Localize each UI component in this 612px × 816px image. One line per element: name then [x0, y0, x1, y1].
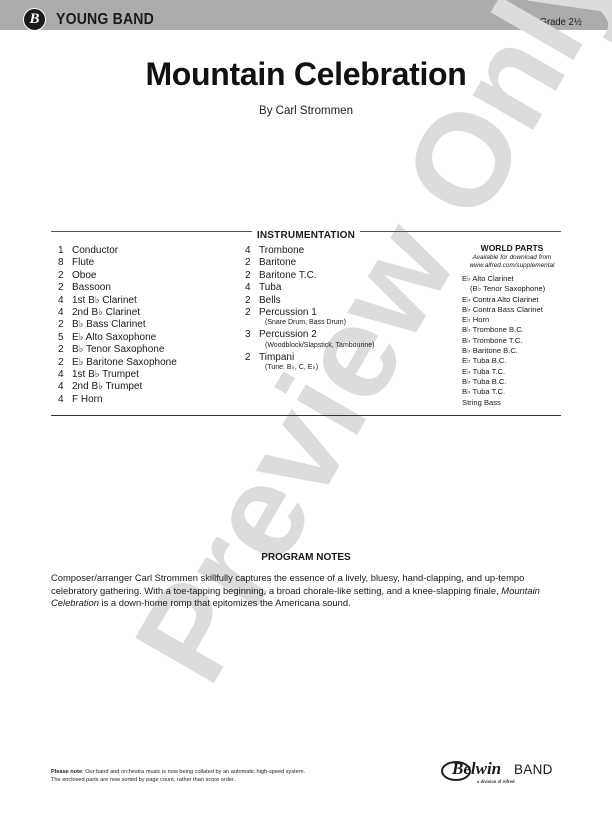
belwin-logo-icon: B — [23, 8, 46, 31]
collation-footnote: Please note: Our band and orchestra musi… — [51, 769, 305, 784]
instrument-quantity: 8 — [58, 257, 72, 269]
world-parts-note-line: Available for download from — [462, 254, 562, 262]
world-part-item: B♭ Tuba T.C. — [462, 387, 572, 397]
world-part-item: E♭ Horn — [462, 315, 572, 325]
footnote-text: The enclosed parts are now sorted by pag… — [51, 777, 305, 785]
instrument-name: 1st B♭ Clarinet — [72, 295, 137, 307]
instrument-name: E♭ Baritone Saxophone — [72, 357, 177, 369]
publisher-band: BAND — [514, 762, 553, 777]
world-parts-url: www.alfred.com/supplemental — [462, 262, 562, 270]
instrument-name: B♭ Bass Clarinet — [72, 319, 146, 331]
instrument-name: Bells — [259, 295, 281, 307]
instrument-quantity: 2 — [58, 270, 72, 282]
series-name: YOUNG BAND — [56, 11, 154, 29]
instrument-quantity: 2 — [245, 270, 259, 282]
instrumentation-heading-text: INSTRUMENTATION — [252, 230, 360, 241]
instrument-name: 1st B♭ Trumpet — [72, 369, 139, 381]
instrument-row: 1Conductor — [58, 245, 177, 257]
grade-level: Grade 2½ — [540, 16, 582, 28]
instrument-row: 2Oboe — [58, 270, 177, 282]
header-bar: B YOUNG BAND Grade 2½ — [0, 0, 612, 30]
world-part-item: B♭ Trombone T.C. — [462, 336, 572, 346]
composer-credit: By Carl Strommen — [0, 105, 612, 117]
instrument-name: Percussion 2 — [259, 329, 317, 341]
instrument-name: Flute — [72, 257, 94, 269]
instrument-quantity: 4 — [58, 369, 72, 381]
instrument-quantity: 4 — [245, 245, 259, 257]
instrument-name: Bassoon — [72, 282, 111, 294]
world-part-item: B♭ Contra Bass Clarinet — [462, 305, 572, 315]
instrument-name: 2nd B♭ Trumpet — [72, 381, 142, 393]
instrument-row: 2Baritone T.C. — [245, 270, 374, 282]
instrument-quantity: 4 — [245, 282, 259, 294]
instrument-row: 42nd B♭ Trumpet — [58, 381, 177, 393]
instrument-row: 42nd B♭ Clarinet — [58, 307, 177, 319]
instrument-quantity: 2 — [58, 344, 72, 356]
instrument-name: F Horn — [72, 394, 103, 406]
world-part-item: (B♭ Tenor Saxophone) — [462, 284, 572, 294]
program-notes-text: is a down-home romp that epitomizes the … — [99, 597, 351, 608]
instrument-quantity: 4 — [58, 307, 72, 319]
instrument-list-column-1: 1Conductor8Flute2Oboe2Bassoon41st B♭ Cla… — [58, 245, 177, 406]
program-notes-text: Composer/arranger Carl Strommen skillful… — [51, 572, 524, 596]
world-parts-list: E♭ Alto Clarinet(B♭ Tenor Saxophone)E♭ C… — [462, 274, 572, 408]
publisher-subtitle: a division of Alfred — [477, 779, 515, 784]
world-parts: WORLD PARTS Available for download from … — [462, 243, 572, 408]
instrument-name: E♭ Alto Saxophone — [72, 332, 156, 344]
world-part-item: E♭ Contra Alto Clarinet — [462, 295, 572, 305]
instrumentation-heading: INSTRUMENTATION — [0, 225, 612, 243]
page-title: Mountain Celebration — [0, 56, 612, 93]
instrument-detail: (Snare Drum, Bass Drum) — [245, 318, 374, 328]
instrument-row: 41st B♭ Clarinet — [58, 295, 177, 307]
world-parts-note: Available for download from www.alfred.c… — [462, 254, 562, 270]
instrument-row: 8Flute — [58, 257, 177, 269]
instrument-quantity: 3 — [245, 329, 259, 341]
instrument-name: Baritone T.C. — [259, 270, 317, 282]
world-part-item: E♭ Tuba T.C. — [462, 367, 572, 377]
instrument-name: Conductor — [72, 245, 118, 257]
world-part-item: E♭ Tuba B.C. — [462, 356, 572, 366]
instrument-row: 41st B♭ Trumpet — [58, 369, 177, 381]
instrument-quantity: 4 — [58, 381, 72, 393]
program-notes-heading: PROGRAM NOTES — [0, 552, 612, 563]
instrument-row: 2Bells — [245, 295, 374, 307]
instrument-row: 2B♭ Tenor Saxophone — [58, 344, 177, 356]
program-notes-body: Composer/arranger Carl Strommen skillful… — [51, 572, 566, 610]
instrument-row: 4Trombone — [245, 245, 374, 257]
instrument-quantity: 5 — [58, 332, 72, 344]
instrument-quantity: 1 — [58, 245, 72, 257]
instrument-quantity: 2 — [58, 282, 72, 294]
world-parts-title: WORLD PARTS — [462, 243, 562, 254]
instrument-name: Trombone — [259, 245, 304, 257]
instrument-row: 2B♭ Bass Clarinet — [58, 319, 177, 331]
instrument-name: B♭ Tenor Saxophone — [72, 344, 164, 356]
instrument-row: 4Tuba — [245, 282, 374, 294]
instrument-row: 2Baritone — [245, 257, 374, 269]
instrument-name: Tuba — [259, 282, 281, 294]
instrument-row: 5E♭ Alto Saxophone — [58, 332, 177, 344]
instrument-quantity: 2 — [245, 257, 259, 269]
instrument-quantity: 2 — [58, 357, 72, 369]
instrument-list-column-2: 4Trombone2Baritone2Baritone T.C.4Tuba2Be… — [245, 245, 374, 374]
instrument-detail: (Woodblock/Slapstick, Tambourine) — [245, 341, 374, 351]
instrument-quantity: 4 — [58, 295, 72, 307]
instrument-quantity: 2 — [58, 319, 72, 331]
world-part-item: String Bass — [462, 398, 572, 408]
instrument-name: 2nd B♭ Clarinet — [72, 307, 140, 319]
instrument-row: 4F Horn — [58, 394, 177, 406]
world-part-item: B♭ Tuba B.C. — [462, 377, 572, 387]
footnote-text: : Our band and orchestra music is now be… — [82, 769, 305, 775]
instrument-quantity: 2 — [245, 295, 259, 307]
instrument-detail: (Tune: B♭, C, E♭) — [245, 363, 374, 373]
instrument-name: Oboe — [72, 270, 96, 282]
instrument-row: 2E♭ Baritone Saxophone — [58, 357, 177, 369]
instrument-quantity: 2 — [245, 352, 259, 364]
instrumentation-bottom-rule — [51, 415, 561, 416]
instrument-name: Baritone — [259, 257, 296, 269]
instrument-row: 2Bassoon — [58, 282, 177, 294]
publisher-name: Belwin — [452, 759, 501, 779]
world-part-item: E♭ Alto Clarinet — [462, 274, 572, 284]
instrument-quantity: 2 — [245, 307, 259, 319]
world-part-item: B♭ Trombone B.C. — [462, 325, 572, 335]
instrument-quantity: 4 — [58, 394, 72, 406]
world-part-item: B♭ Baritone B.C. — [462, 346, 572, 356]
footnote-label: Please note — [51, 769, 82, 775]
